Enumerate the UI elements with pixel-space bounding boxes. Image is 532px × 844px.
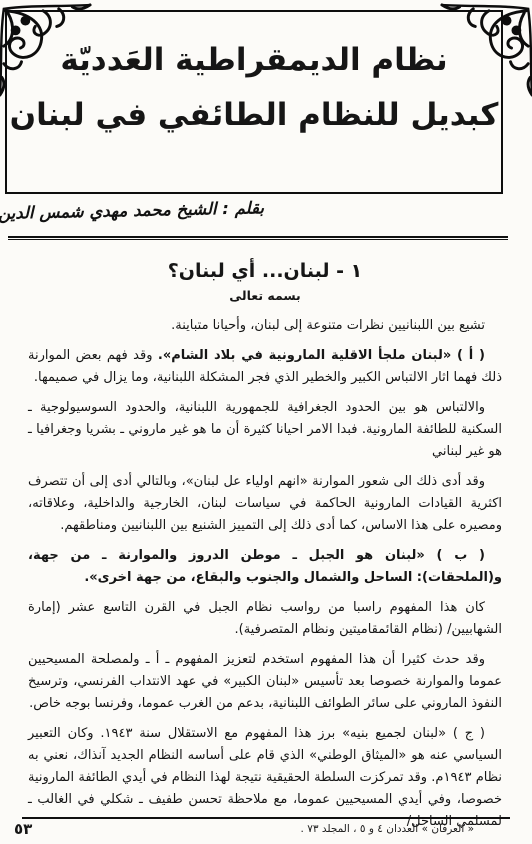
journal-footnote: « العرفان » العددان ٤ و ٥ ، المجلد ٧٣ . <box>301 823 474 835</box>
header-divider <box>8 236 508 240</box>
paragraph-text: كان هذا المفهوم راسبا من رواسب نظام الجب… <box>28 600 502 637</box>
paragraph-text: وقد حدث كثيرا أن هذا المفهوم استخدم لتعز… <box>28 652 502 711</box>
author-byline: بقلم : الشيخ محمد مهدي شمس الدين <box>6 198 264 222</box>
paragraph-point-b: ( ب ) «لبنان هو الجبل ـ موطن الدروز والم… <box>28 545 502 589</box>
corner-ornament-icon <box>438 0 532 102</box>
paragraph: والالتباس هو بين الحدود الجغرافية للجمهو… <box>28 397 502 463</box>
section-heading: ١ - لبنان... أي لبنان؟ <box>28 260 502 282</box>
paragraph-text: تشيع بين اللبنانيين نظرات متنوعة إلى لبن… <box>171 318 485 333</box>
document-title-line1: نظام الديمقراطية العَدديّة <box>60 38 447 83</box>
paragraph: وقد أدى ذلك الى شعور الموارنة «انهم اولي… <box>28 471 502 537</box>
paragraph-text: ( ج ) «لبنان لجميع بنيه» برز هذا المفهوم… <box>28 726 502 829</box>
paragraph-point-a: ( أ ) «لبنان ملجأ الاقلية المارونية في ب… <box>28 345 502 389</box>
footer-divider <box>22 817 510 819</box>
paragraph: وقد حدث كثيرا أن هذا المفهوم استخدم لتعز… <box>28 649 502 715</box>
paragraph-intro: تشيع بين اللبنانيين نظرات متنوعة إلى لبن… <box>28 315 502 337</box>
article-body: ١ - لبنان... أي لبنان؟ بسمه تعالى تشيع ب… <box>28 256 502 841</box>
paragraph-lead: ( أ ) «لبنان ملجأ الاقلية المارونية في ب… <box>158 348 485 363</box>
corner-ornament-icon <box>0 0 94 102</box>
basmala-line: بسمه تعالى <box>28 288 502 303</box>
paragraph-text: والالتباس هو بين الحدود الجغرافية للجمهو… <box>28 400 502 459</box>
paragraph-text: وقد أدى ذلك الى شعور الموارنة «انهم اولي… <box>28 474 502 533</box>
scanned-document-page: نظام الديمقراطية العَدديّة كبديل للنظام … <box>0 0 532 844</box>
paragraph: كان هذا المفهوم راسبا من رواسب نظام الجب… <box>28 597 502 641</box>
paragraph-lead: ( ب ) «لبنان هو الجبل ـ موطن الدروز والم… <box>28 548 502 585</box>
page-number: ٥٣ <box>14 820 32 838</box>
